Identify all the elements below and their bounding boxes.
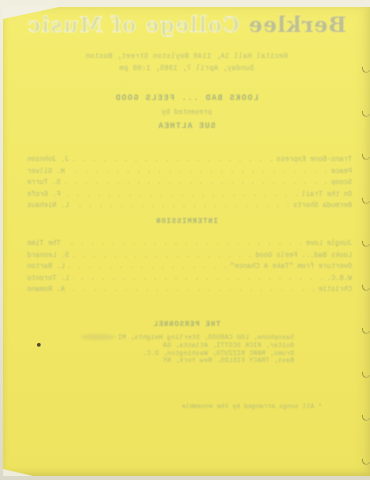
piece-credit: L. Niehaus bbox=[27, 202, 69, 210]
piece-credit: The Time bbox=[27, 240, 61, 248]
faint-smudge bbox=[81, 334, 115, 340]
program-row: W.B.C. . . . . . . . . . . . . . . . . .… bbox=[27, 275, 352, 287]
ink-speck bbox=[37, 343, 41, 347]
presented-by-label: presented by bbox=[3, 109, 370, 117]
piece-title: Overture from "Take A Chance" bbox=[230, 263, 352, 271]
page-corner-fold-top-left bbox=[3, 7, 59, 19]
dot-leader: . . . . . . . . . . . . . . . . . . . . … bbox=[68, 263, 227, 271]
venue-line: Recital Hall 1A, 1140 Boylston Street, B… bbox=[3, 51, 370, 63]
dot-leader: . . . . . . . . . . . . . . . . . . . . … bbox=[68, 168, 328, 176]
intermission-heading: INTERMISSION bbox=[3, 218, 370, 226]
piece-title: Christie bbox=[318, 286, 352, 294]
piece-credit: J. Johnson bbox=[27, 156, 69, 164]
page-corner-fold-bottom-left bbox=[3, 469, 33, 476]
piece-title: Bermuda Shorts bbox=[293, 202, 352, 210]
personnel-line: Bass, TRACY FIELDS, New York, NY bbox=[79, 357, 294, 365]
program-row: Christie . . . . . . . . . . . . . . . .… bbox=[27, 286, 352, 298]
program-row: Scoop . . . . . . . . . . . . . . . . . … bbox=[27, 179, 352, 191]
personnel-heading: THE PERSONNEL bbox=[3, 321, 370, 329]
piece-title: W.B.C. bbox=[327, 275, 352, 283]
dot-leader: . . . . . . . . . . . . . . . . . . . . … bbox=[72, 156, 273, 164]
performer-name: SUE ALTHEA bbox=[3, 122, 370, 131]
program-row: On the Trail . . . . . . . . . . . . . .… bbox=[27, 191, 352, 203]
piece-title: Looks Bad... Feels Good bbox=[255, 252, 352, 260]
piece-title: Jungle Love bbox=[306, 240, 352, 248]
piece-credit: S. Turre bbox=[27, 179, 61, 187]
piece-credit: L. Toronto bbox=[27, 275, 69, 283]
piece-credit: F. Grofe bbox=[27, 191, 61, 199]
piece-credit: S. Leonard bbox=[27, 252, 69, 260]
personnel-list: Saxophone, LOU CARUSO, Sterling Heights,… bbox=[3, 334, 370, 365]
program-first-half: Trans-Bone Express . . . . . . . . . . .… bbox=[27, 156, 352, 214]
dot-leader: . . . . . . . . . . . . . . . . . . . . … bbox=[72, 275, 324, 283]
dot-leader: . . . . . . . . . . . . . . . . . . . . … bbox=[72, 202, 290, 210]
personnel-line: Guitar, RICK SCOTTI, Atlanta, GA bbox=[79, 342, 294, 350]
dot-leader: . . . . . . . . . . . . . . . . . . . . … bbox=[72, 252, 252, 260]
piece-title: Trans-Bone Express bbox=[276, 156, 352, 164]
dot-leader: . . . . . . . . . . . . . . . . . . . . … bbox=[68, 286, 316, 294]
masthead-words-college-of-music: College of Music bbox=[27, 12, 248, 37]
dot-leader: . . . . . . . . . . . . . . . . . . . . … bbox=[64, 191, 299, 199]
program-page-back: Berklee College of Music Recital Hall 1A… bbox=[3, 7, 370, 476]
dot-leader: . . . . . . . . . . . . . . . . . . . . … bbox=[64, 240, 303, 248]
datetime-line: Sunday, April 7, 1985, 1:00 pm bbox=[3, 63, 370, 75]
personnel-line: Drums, MARC RIZZUTO, Washington, D.C. bbox=[79, 350, 294, 358]
program-second-half: Jungle Love . . . . . . . . . . . . . . … bbox=[27, 240, 352, 298]
dot-leader: . . . . . . . . . . . . . . . . . . . . … bbox=[64, 179, 328, 187]
piece-credit: A. Romano bbox=[27, 286, 65, 294]
program-row: Peace . . . . . . . . . . . . . . . . . … bbox=[27, 168, 352, 180]
program-row: Looks Bad... Feels Good . . . . . . . . … bbox=[27, 252, 352, 264]
masthead-word-berklee: Berklee bbox=[248, 12, 346, 37]
program-row: Bermuda Shorts . . . . . . . . . . . . .… bbox=[27, 202, 352, 214]
piece-title: Scoop bbox=[331, 179, 352, 187]
program-row: Jungle Love . . . . . . . . . . . . . . … bbox=[27, 240, 352, 252]
recital-title: LOOKS BAD ... FEELS GOOD bbox=[3, 94, 370, 103]
mirrored-bleedthrough-content: Berklee College of Music Recital Hall 1A… bbox=[3, 7, 370, 476]
piece-title: On the Trail bbox=[302, 191, 352, 199]
arranger-footnote: * All songs arranged by the ensemble bbox=[182, 403, 322, 410]
program-row: Overture from "Take A Chance" . . . . . … bbox=[27, 263, 352, 275]
piece-credit: L. Barton bbox=[27, 263, 65, 271]
piece-credit: H. Silver bbox=[27, 168, 65, 176]
piece-title: Peace bbox=[331, 168, 352, 176]
program-row: Trans-Bone Express . . . . . . . . . . .… bbox=[27, 156, 352, 168]
